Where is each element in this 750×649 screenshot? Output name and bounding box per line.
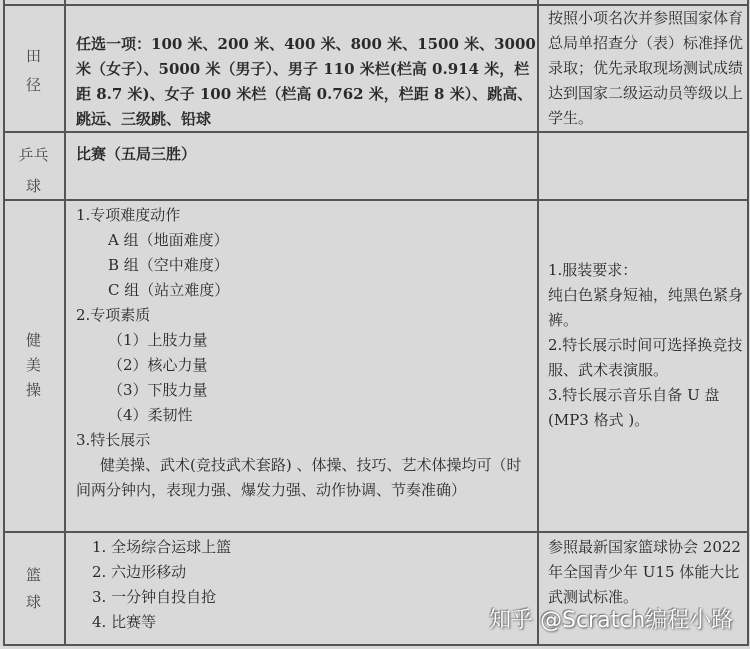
aerobics-note: 1.服装要求： 纯白色紧身短袖，纯黑色紧身裤。 2.特长展示时间可选择换竞技服、… <box>540 258 748 433</box>
sport-name-basketball: 篮 球 <box>3 563 64 615</box>
list-item: 1. 全场综合运球上篮 <box>76 535 536 560</box>
watermark: 知乎 @Scratch编程小路 <box>489 603 733 634</box>
list-item: （2）核心力量 <box>76 353 536 378</box>
list-item: 3.特长展示 <box>76 428 536 453</box>
sport-name-char: 球 <box>3 174 64 199</box>
aerobics-content: 1.专项难度动作 A 组（地面难度） B 组（空中难度） C 组（站立难度） 2… <box>66 203 536 503</box>
sport-name-char: 篮 <box>3 563 64 588</box>
column-divider <box>537 0 539 646</box>
table-tennis-text: 比赛（五局三胜） <box>76 142 536 167</box>
sport-name-char: 田 <box>3 44 64 69</box>
list-item: 1.专项难度动作 <box>76 203 536 228</box>
row-divider <box>3 199 749 201</box>
track-note-text: 按照小项名次并参照国家体育总局单招查分（表）标准择优录取；优先录取现场测试成绩达… <box>548 6 744 131</box>
list-item: 2. 六边形移动 <box>76 560 536 585</box>
list-item: （3）下肢力量 <box>76 378 536 403</box>
sport-name-char: 乒乓 <box>3 143 64 168</box>
sport-name-table-tennis: 乒乓 球 <box>3 143 64 199</box>
note-line: 纯白色紧身短袖，纯黑色紧身裤。 <box>548 283 744 333</box>
sport-name-char: 径 <box>3 73 64 98</box>
sport-name-aerobics: 健 美 操 <box>3 328 64 403</box>
list-item: 2.专项素质 <box>76 303 536 328</box>
note-line: 2.特长展示时间可选择换竞技服、武术表演服。 <box>548 333 744 383</box>
row-divider <box>3 531 749 533</box>
list-item: A 组（地面难度） <box>76 228 536 253</box>
basketball-content: 1. 全场综合运球上篮 2. 六边形移动 3. 一分钟自投自抢 4. 比赛等 <box>66 535 536 635</box>
track-content: 任选一项：100 米、200 米、400 米、800 米、1500 米、3000… <box>66 32 536 132</box>
sport-name-track: 田 径 <box>3 44 64 98</box>
list-item: （1）上肢力量 <box>76 328 536 353</box>
track-events-text: 任选一项：100 米、200 米、400 米、800 米、1500 米、3000… <box>76 32 536 132</box>
list-item: 3. 一分钟自投自抢 <box>76 585 536 610</box>
sport-name-char: 美 <box>3 353 64 378</box>
sport-name-char: 球 <box>3 590 64 615</box>
basketball-note-text: 参照最新国家篮球协会 2022 年全国青少年 U15 体能大比武测试标准。 <box>548 535 744 610</box>
list-item: B 组（空中难度） <box>76 253 536 278</box>
basketball-note: 参照最新国家篮球协会 2022 年全国青少年 U15 体能大比武测试标准。 <box>540 535 748 610</box>
note-line: 1.服装要求： <box>548 258 744 283</box>
list-item: （4）柔韧性 <box>76 403 536 428</box>
sport-name-char: 操 <box>3 378 64 403</box>
note-line: 3.特长展示音乐自备 U 盘(MP3 格式 )。 <box>548 383 744 433</box>
list-item: 健美操、武术(竞技武术套路) 、体操、技巧、艺术体操均可（时间两分钟内，表现力强… <box>76 453 536 503</box>
sport-name-char: 健 <box>3 328 64 353</box>
table-border-bottom <box>3 644 749 646</box>
track-note: 按照小项名次并参照国家体育总局单招查分（表）标准择优录取；优先录取现场测试成绩达… <box>540 6 748 131</box>
table-tennis-content: 比赛（五局三胜） <box>66 142 536 167</box>
list-item: 4. 比赛等 <box>76 610 536 635</box>
list-item: C 组（站立难度） <box>76 278 536 303</box>
